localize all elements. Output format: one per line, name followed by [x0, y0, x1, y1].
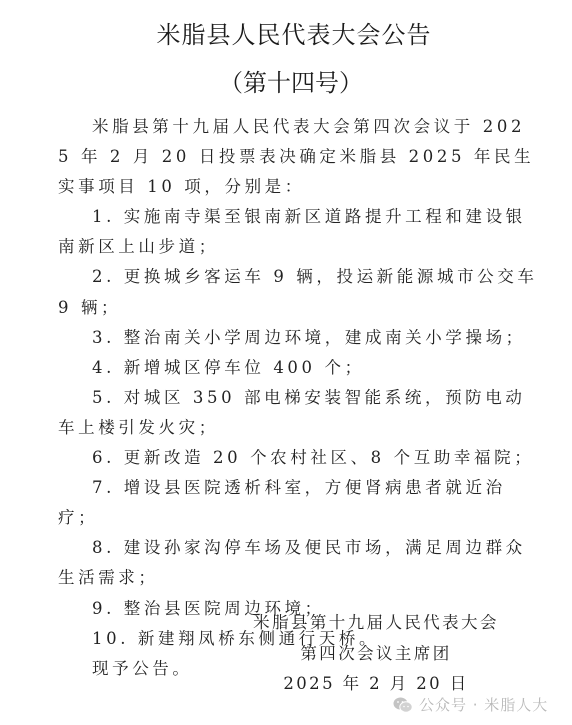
- signature-issuer: 米脂县第十九届人民代表大会: [245, 608, 507, 639]
- intro-paragraph: 米脂县第十九届人民代表大会第四次会议于 2025 年 2 月 20 日投票表决确…: [58, 112, 538, 202]
- list-item: 5. 对城区 350 部电梯安装智能系统，预防电动车上楼引发火灾；: [58, 383, 538, 443]
- signature-block: 米脂县第十九届人民代表大会 第四次会议主席团 2025 年 2 月 20 日: [245, 608, 507, 700]
- document-body: 米脂县第十九届人民代表大会第四次会议于 2025 年 2 月 20 日投票表决确…: [58, 112, 538, 684]
- list-item: 3. 整治南关小学周边环境，建成南关小学操场；: [58, 323, 538, 353]
- document-number: （第十四号）: [0, 66, 572, 100]
- list-item: 8. 建设孙家沟停车场及便民市场，满足周边群众生活需求；: [58, 533, 538, 593]
- document-title: 米脂县人民代表大会公告: [0, 18, 572, 52]
- watermark: 公众号 · 米脂人大: [393, 694, 548, 715]
- watermark-text: 公众号 · 米脂人大: [419, 694, 548, 715]
- list-item: 6. 更新改造 20 个农村社区、8 个互助幸福院；: [58, 443, 538, 473]
- list-item: 2. 更换城乡客运车 9 辆，投运新能源城市公交车 9 辆；: [58, 262, 538, 322]
- list-item: 1. 实施南寺渠至银南新区道路提升工程和建设银南新区上山步道；: [58, 202, 538, 262]
- wechat-icon: [393, 697, 413, 713]
- list-item: 7. 增设县医院透析科室，方便肾病患者就近治疗；: [58, 473, 538, 533]
- list-item: 4. 新增城区停车位 400 个；: [58, 353, 538, 383]
- signature-body: 第四次会议主席团: [245, 639, 507, 670]
